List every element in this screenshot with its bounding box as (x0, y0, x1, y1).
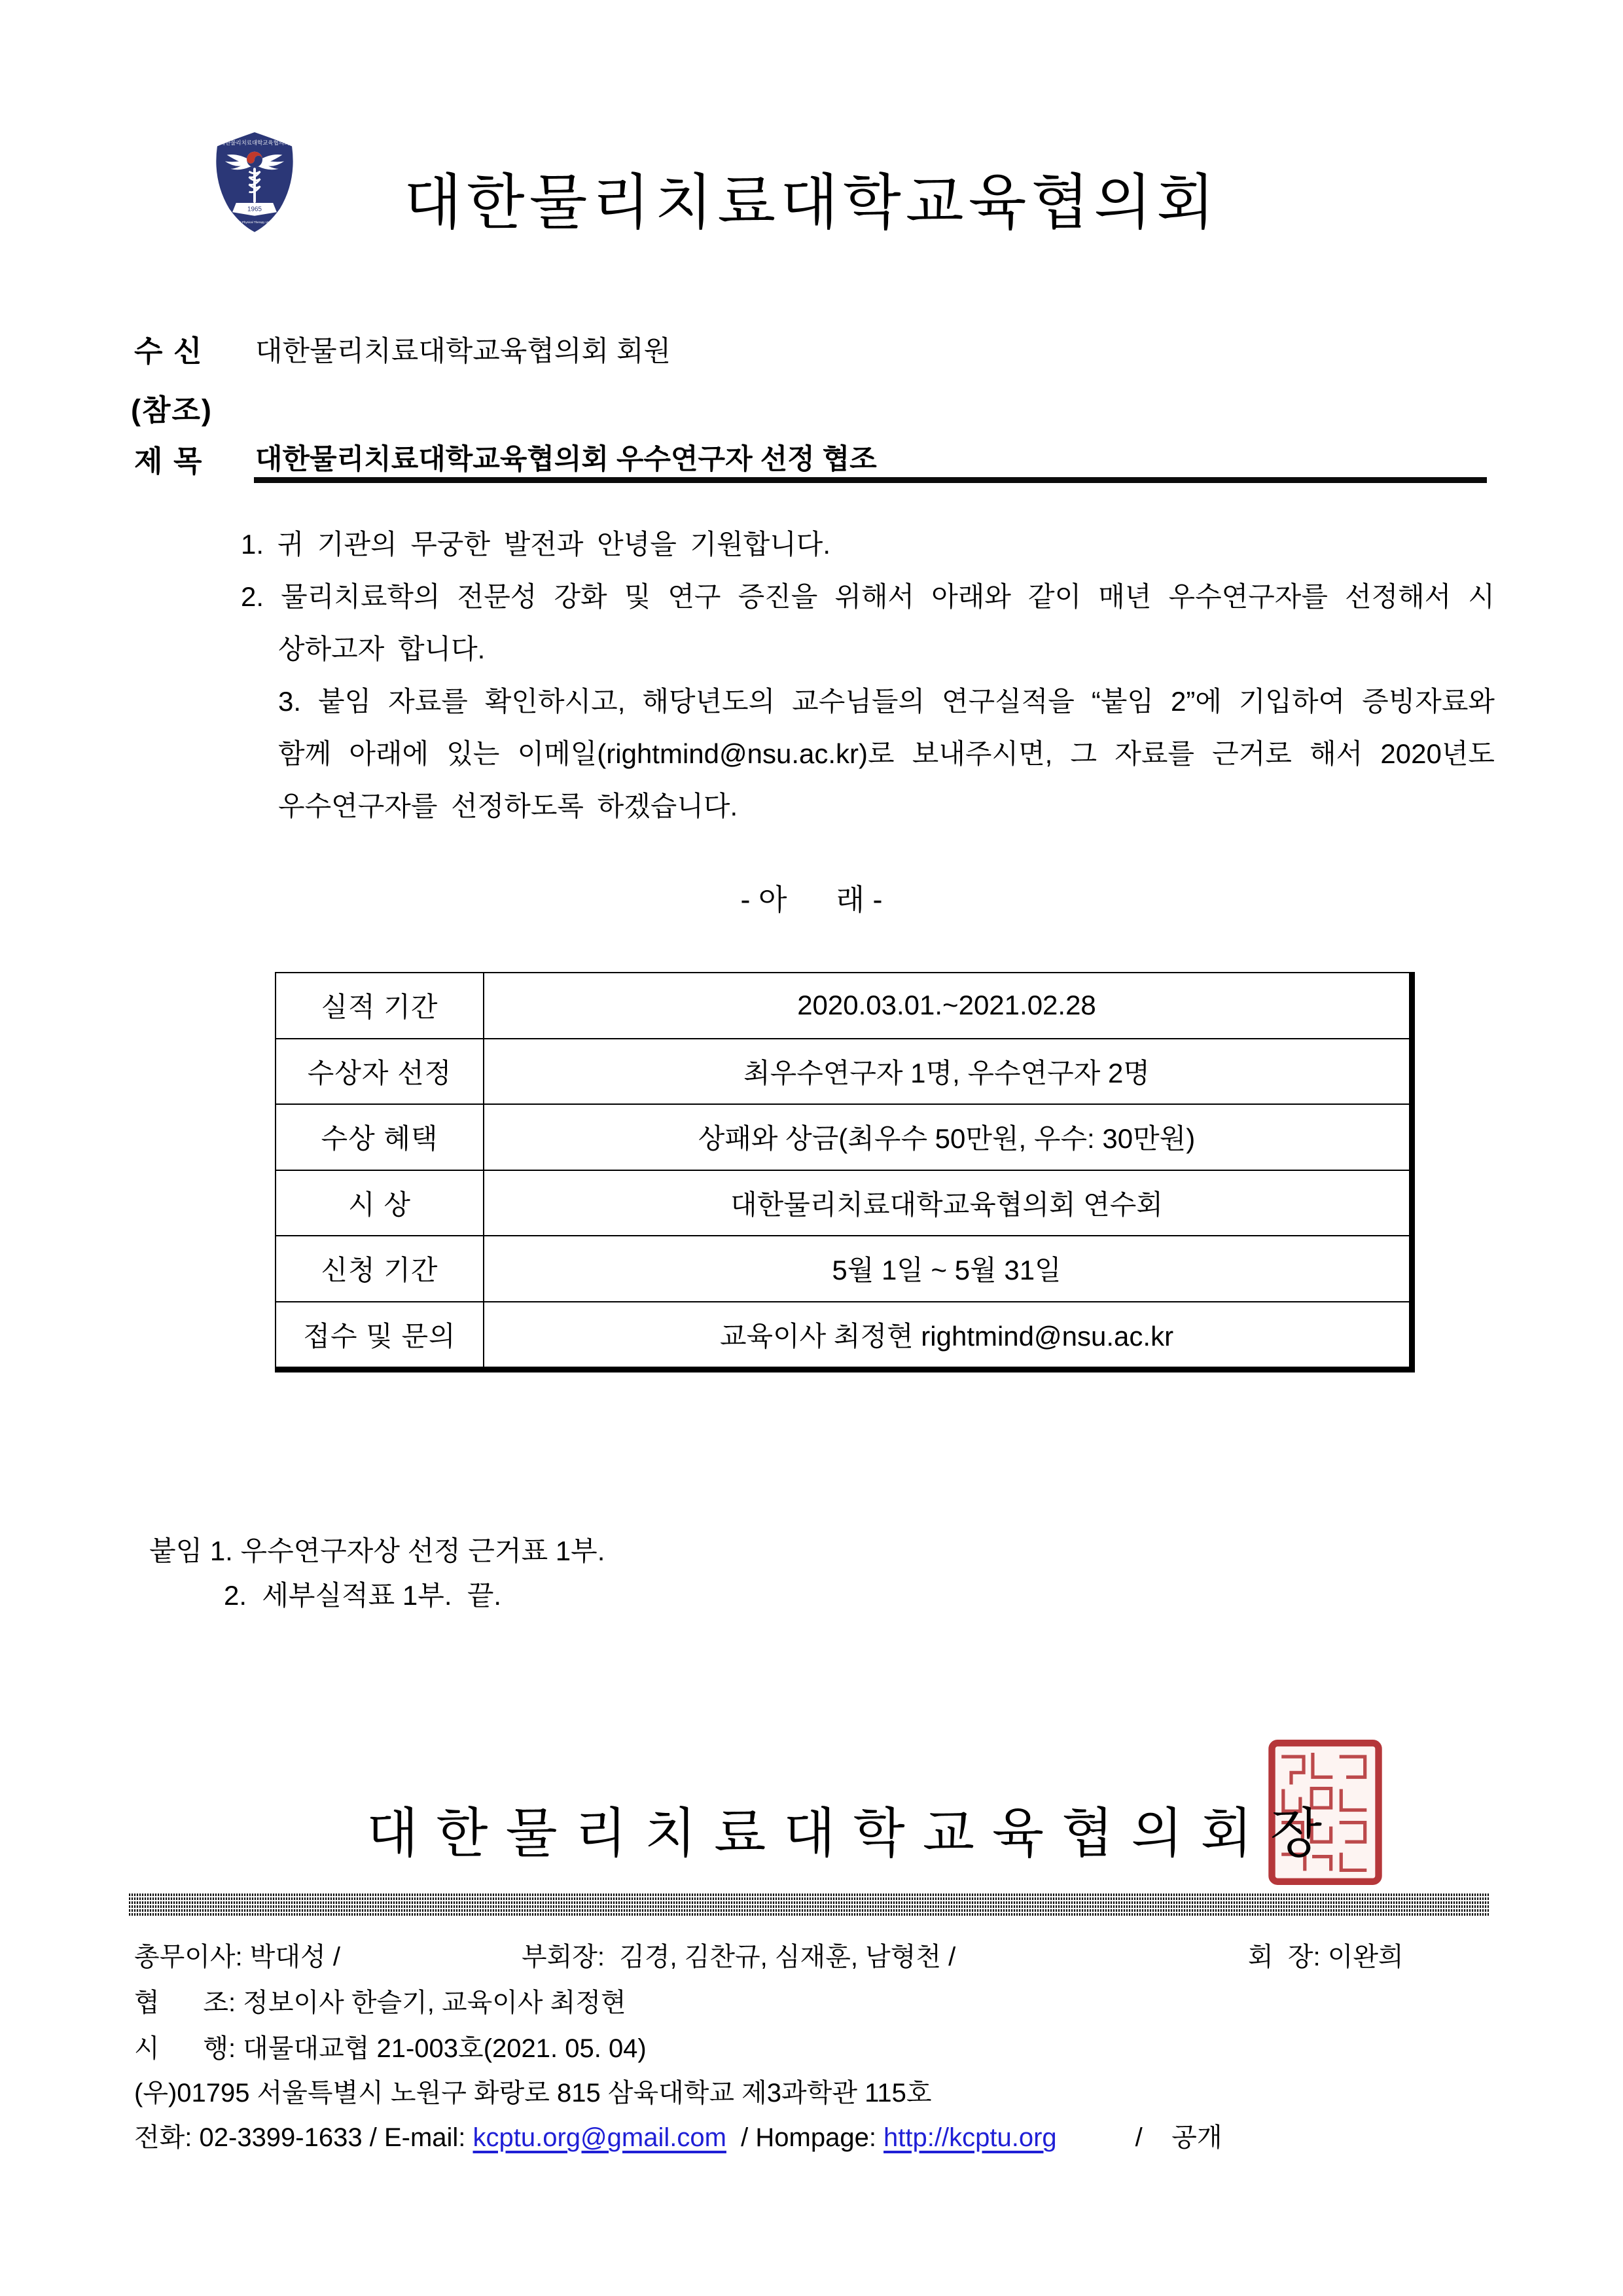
footer-vice-presidents: 부회장: 김경, 김찬규, 심재훈, 남형천 / (522, 1936, 955, 1973)
table-row: 수상 혜택 상패와 상금(최우수 50만원, 우수: 30만원) (276, 1103, 1409, 1170)
body-line: 1. 귀 기관의 무궁한 발전과 안녕을 기원합니다. (241, 528, 1495, 562)
homepage-link[interactable]: http://kcptu.org (883, 2123, 1057, 2153)
page-title: 대한물리치료대학교육협의회 (0, 154, 1623, 241)
table-row-value: 교육이사 최정현 rightmind@nsu.ac.kr (484, 1302, 1409, 1367)
footer-phone: 전화: 02-3399-1633 / E-mail: (134, 2117, 473, 2154)
signature-title: 대한물리치료대학교육협의회장 (275, 1791, 1414, 1867)
table-row-label: 수상자 선정 (276, 1039, 484, 1104)
logo-korean-arc-text: 대한물리치료대학교육협의회 (220, 139, 289, 146)
attachment-line: 붙임 1. 우수연구자상 선정 근거표 1부. (149, 1530, 605, 1569)
body-line: 2. 물리치료학의 전문성 강화 및 연구 증진을 위해서 아래와 같이 매년 … (241, 580, 1495, 614)
subject-value: 대한물리치료대학교육협의회 우수연구자 선정 협조 (255, 437, 877, 477)
cc-label: (참조) (131, 386, 213, 429)
table-row-value: 대한물리치료대학교육협의회 연수회 (484, 1171, 1409, 1236)
footer-president: 회 장: 이완희 (1248, 1936, 1404, 1973)
table-row-label: 시 상 (276, 1171, 484, 1236)
table-row-label: 접수 및 문의 (276, 1302, 484, 1367)
table-row: 시 상 대한물리치료대학교육협의회 연수회 (276, 1170, 1409, 1236)
table-row: 접수 및 문의 교육이사 최정현 rightmind@nsu.ac.kr (276, 1301, 1409, 1367)
table-row: 수상자 선정 최우수연구자 1명, 우수연구자 2명 (276, 1038, 1409, 1104)
table-row: 실적 기간 2020.03.01.~2021.02.28 (276, 973, 1409, 1038)
official-letter-page: { "header": { "org_name": "대한물리치료대학교육협의회… (0, 0, 1623, 2296)
below-marker: - 아 래 - (0, 876, 1623, 918)
recipient-label: 수 신 (134, 327, 203, 370)
footer-divider-band (129, 1893, 1489, 1916)
footer-director-general: 총무이사: 박대성 / (134, 1936, 340, 1973)
subject-underline (254, 477, 1487, 483)
table-row-label: 신청 기간 (276, 1236, 484, 1301)
footer-document-number-line: 시 행: 대물대교협 21-003호(2021. 05. 04) (134, 2028, 647, 2065)
attachment-line: 2. 세부실적표 1부. 끝. (224, 1574, 501, 1613)
table-row: 신청 기간 5월 1일 ~ 5월 31일 (276, 1235, 1409, 1301)
footer-cooperation-line: 협 조: 정보이사 한슬기, 교육이사 최정현 (134, 1982, 626, 2019)
footer-officers-line: 총무이사: 박대성 / 부회장: 김경, 김찬규, 심재훈, 남형천 / 회 장… (134, 1936, 1495, 1969)
email-link[interactable]: kcptu.org@gmail.com (473, 2123, 726, 2153)
body-line: 3. 붙임 자료를 확인하시고, 해당년도의 교수님들의 연구실적을 “붙임 2… (278, 685, 1495, 719)
subject-label: 제 목 (134, 437, 203, 480)
table-row-value: 상패와 상금(최우수 50만원, 우수: 30만원) (484, 1105, 1409, 1170)
footer-address-line: (우)01795 서울특별시 노원구 화랑로 815 삼육대학교 제3과학관 1… (134, 2072, 932, 2109)
table-row-label: 실적 기간 (276, 973, 484, 1038)
footer-disclosure: / 공개 (1135, 2117, 1222, 2154)
body-line: 우수연구자를 선정하도록 하겠습니다. (278, 789, 1495, 823)
body-line: 함께 아래에 있는 이메일(rightmind@nsu.ac.kr)로 보내주시… (278, 737, 1495, 771)
table-row-value: 5월 1일 ~ 5월 31일 (484, 1236, 1409, 1301)
table-row-value: 2020.03.01.~2021.02.28 (484, 973, 1409, 1038)
table-row-value: 최우수연구자 1명, 우수연구자 2명 (484, 1039, 1409, 1104)
footer-contact-line: 전화: 02-3399-1633 / E-mail: kcptu.org@gma… (134, 2117, 1222, 2154)
recipient-value: 대한물리치료대학교육협의회 회원 (255, 329, 671, 369)
award-info-table: 실적 기간 2020.03.01.~2021.02.28 수상자 선정 최우수연… (275, 972, 1415, 1372)
body-line: 상하고자 합니다. (278, 632, 1495, 666)
table-row-label: 수상 혜택 (276, 1105, 484, 1170)
footer-homepage-label: / Hompage: (726, 2123, 883, 2153)
